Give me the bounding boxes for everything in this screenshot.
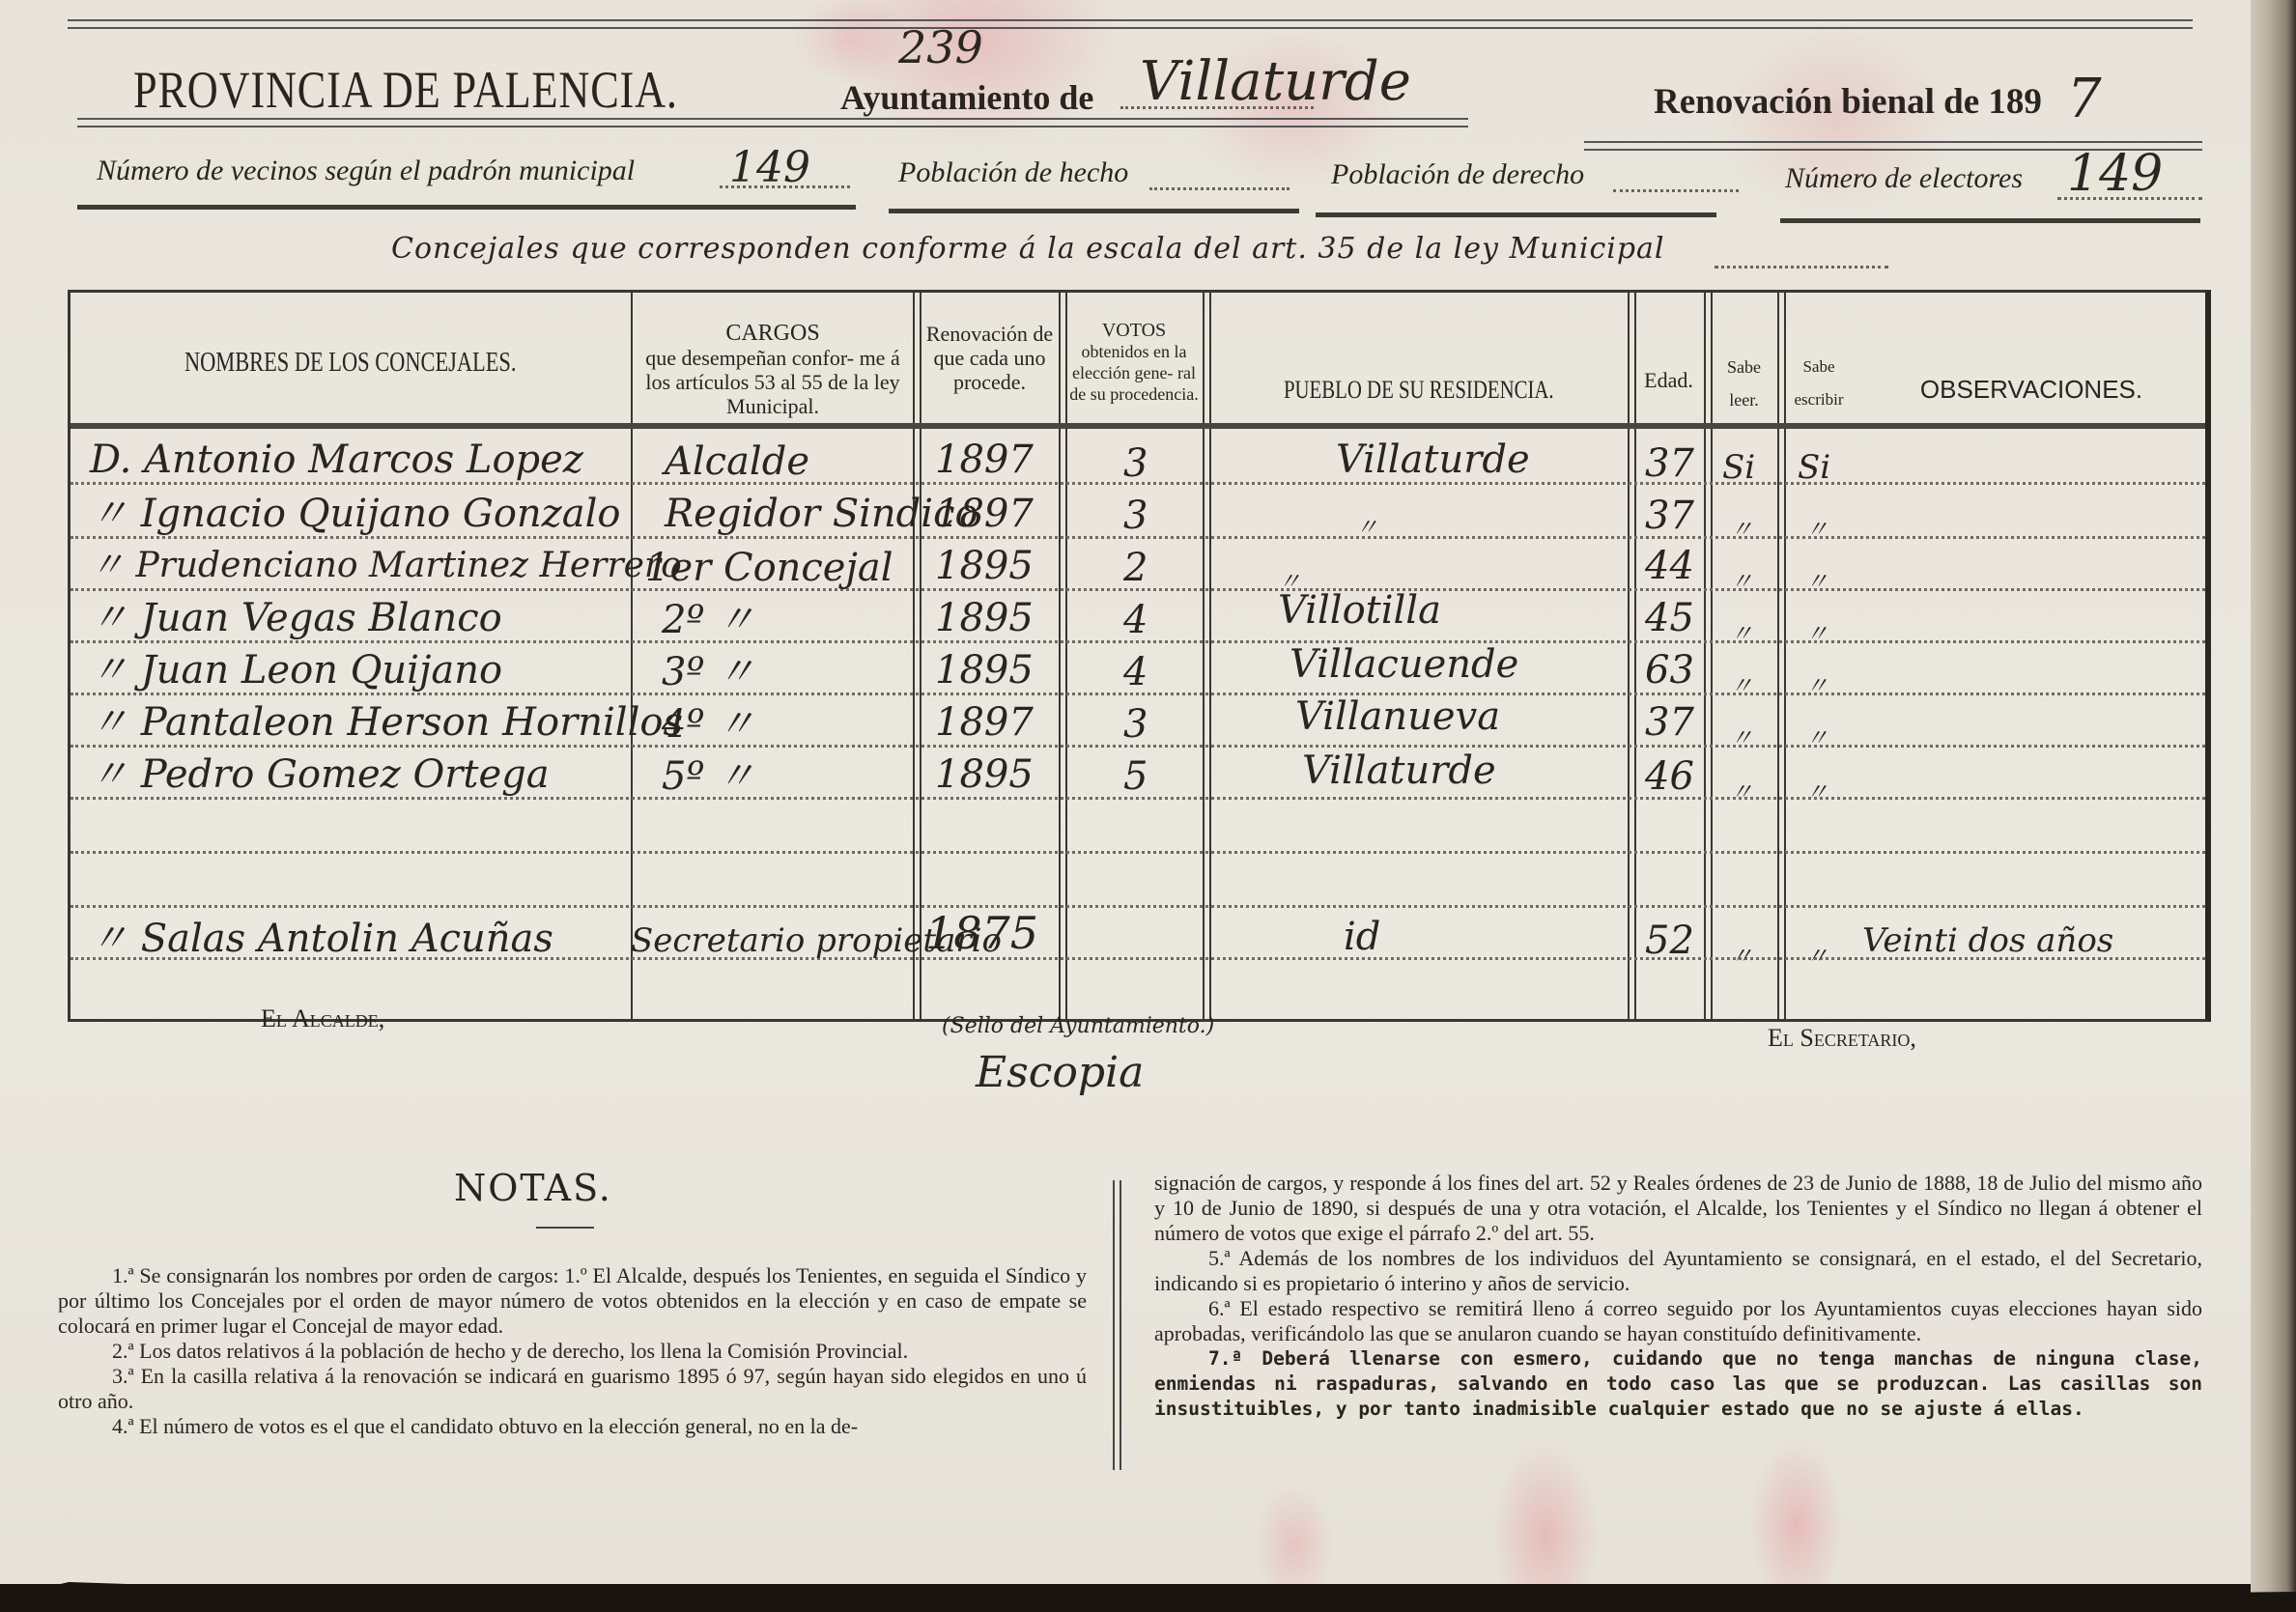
cell-nombre: 〃 Salas Antolin Acuñas bbox=[90, 917, 553, 961]
book-page-edges bbox=[2251, 0, 2296, 1612]
ayuntamiento-label: Ayuntamiento de bbox=[840, 77, 1093, 118]
cell-sabe-leer: 〃 bbox=[1730, 664, 1753, 708]
cell-sabe-leer: 〃 bbox=[1730, 507, 1753, 551]
cell-renovacion: 1895 bbox=[935, 596, 1034, 640]
cell-votos: 3 bbox=[1123, 494, 1148, 538]
cell-renovacion: 1897 bbox=[935, 492, 1034, 536]
header-nombres: NOMBRES DE LOS CONCEJALES. bbox=[184, 351, 517, 375]
cell-pueblo: Villaturde bbox=[1336, 438, 1530, 482]
cell-edad: 46 bbox=[1645, 754, 1694, 799]
note-4-continued: signación de cargos, y responde á los fi… bbox=[1154, 1171, 2202, 1246]
cell-sabe-escribir: 〃 bbox=[1805, 770, 1828, 814]
cell-edad: 37 bbox=[1645, 700, 1694, 745]
header-edad: Edad. bbox=[1633, 368, 1704, 392]
electores-label: Número de electores bbox=[1785, 162, 2023, 195]
cell-sabe-leer: 〃 bbox=[1730, 934, 1753, 978]
cell-pueblo: Villanueva bbox=[1295, 694, 1500, 739]
note-7: 7.ª Deberá llenarse con esmero, cuidando… bbox=[1154, 1346, 2202, 1422]
ayuntamiento-dots bbox=[1120, 106, 1314, 109]
poblacion-hecho-label: Población de hecho bbox=[898, 156, 1128, 189]
renovacion-value: 7 bbox=[2067, 68, 2102, 130]
row-rule bbox=[71, 905, 2205, 908]
cell-edad: 37 bbox=[1645, 441, 1694, 486]
ayuntamiento-value: Villaturde bbox=[1140, 50, 1411, 113]
cell-cargo: 5º 〃 bbox=[662, 754, 755, 799]
cell-edad: 45 bbox=[1645, 596, 1694, 640]
cell-nombre: 〃 Prudenciano Martinez Herrero bbox=[90, 544, 682, 588]
cell-cargo: 4º 〃 bbox=[662, 702, 755, 747]
poblacion-hecho-field[interactable] bbox=[1149, 187, 1290, 190]
concejales-table: NOMBRES DE LOS CONCEJALES. CARGOS que de… bbox=[68, 290, 2211, 1022]
header-rule bbox=[71, 423, 2205, 429]
note-6: 6.ª El estado respectivo se remitirá lle… bbox=[1154, 1296, 2202, 1346]
cell-edad: 44 bbox=[1645, 544, 1694, 588]
notes-column-divider bbox=[1113, 1180, 1121, 1470]
poblacion-derecho-field[interactable] bbox=[1613, 189, 1739, 192]
poblacion-derecho-label: Población de derecho bbox=[1331, 158, 1584, 191]
cell-edad: 37 bbox=[1645, 494, 1694, 538]
cell-pueblo: 〃 bbox=[1355, 505, 1378, 550]
vecinos-dots bbox=[720, 185, 850, 188]
cell-observaciones: Veinti dos años bbox=[1862, 919, 2113, 963]
renovacion-label: Renovación bienal de 189 bbox=[1654, 81, 2042, 123]
cell-votos: 3 bbox=[1123, 441, 1148, 486]
province-heading: PROVINCIA DE PALENCIA. bbox=[133, 60, 678, 120]
header-renovacion: Renovación de que cada uno procede. bbox=[921, 322, 1059, 394]
cell-cargo: Alcalde bbox=[665, 439, 809, 484]
cell-sabe-leer: 〃 bbox=[1730, 559, 1753, 604]
cell-votos: 5 bbox=[1123, 754, 1148, 799]
cell-votos: 4 bbox=[1123, 598, 1148, 642]
cell-pueblo: Villotilla bbox=[1278, 588, 1441, 633]
note-5: 5.ª Además de los nombres de los individ… bbox=[1154, 1246, 2202, 1296]
cell-sabe-escribir: 〃 bbox=[1805, 507, 1828, 551]
cell-votos: 4 bbox=[1123, 650, 1148, 694]
cell-renovacion: 1895 bbox=[935, 544, 1034, 588]
cell-cargo: 2º 〃 bbox=[662, 598, 755, 642]
header-cargos-sub: que desempeñan confor- me á los artículo… bbox=[633, 346, 913, 418]
cell-edad: 63 bbox=[1645, 648, 1694, 693]
cell-sabe-leer: Si bbox=[1722, 445, 1755, 490]
cell-sabe-escribir: Si bbox=[1798, 445, 1830, 490]
cell-renovacion: 1895 bbox=[935, 648, 1034, 693]
notes-title: NOTAS. bbox=[454, 1167, 612, 1209]
sello-label: (Sello del Ayuntamiento.) bbox=[942, 1014, 1214, 1038]
cell-sabe-escribir: 〃 bbox=[1805, 611, 1828, 656]
cell-nombre: 〃 Juan Leon Quijano bbox=[90, 648, 502, 693]
cell-nombre: D. Antonio Marcos Lopez bbox=[90, 438, 583, 482]
heading-rule-left bbox=[77, 118, 1468, 127]
cell-pueblo: id bbox=[1344, 915, 1380, 959]
cell-sabe-escribir: 〃 bbox=[1805, 664, 1828, 708]
cell-pueblo: Villaturde bbox=[1302, 749, 1496, 793]
cell-pueblo: Villacuende bbox=[1290, 642, 1518, 687]
row-rule bbox=[71, 851, 2205, 854]
page-number: 239 bbox=[898, 21, 983, 73]
note-4: 4.ª El número de votos es el que el cand… bbox=[58, 1414, 1087, 1439]
col-divider bbox=[913, 293, 921, 1019]
top-border-rule bbox=[68, 19, 2193, 29]
notes-right-column: signación de cargos, y responde á los fi… bbox=[1154, 1171, 2202, 1422]
notes-divider bbox=[536, 1227, 594, 1229]
cell-renovacion: 1897 bbox=[935, 700, 1034, 745]
note-2: 2.ª Los datos relativos á la población d… bbox=[58, 1339, 1087, 1364]
cell-renovacion: 1895 bbox=[935, 752, 1034, 797]
document-page: 239 PROVINCIA DE PALENCIA. Ayuntamiento … bbox=[0, 0, 2270, 1584]
secretario-signature-label: El Secretario, bbox=[1768, 1024, 1916, 1053]
summary-rule-3 bbox=[1316, 212, 1716, 217]
summary-rule-2 bbox=[889, 209, 1299, 213]
summary-rule-4 bbox=[1780, 218, 2200, 223]
cell-sabe-leer: 〃 bbox=[1730, 716, 1753, 760]
notes-left-column: 1.ª Se consignarán los nombres por orden… bbox=[58, 1263, 1087, 1439]
summary-rule-1 bbox=[77, 205, 856, 210]
concejales-caption: Concejales que corresponden conforme á l… bbox=[391, 232, 1665, 266]
header-observaciones: OBSERVACIONES. bbox=[1857, 378, 2205, 402]
cell-sabe-escribir: 〃 bbox=[1805, 716, 1828, 760]
cell-sabe-escribir: 〃 bbox=[1805, 934, 1828, 978]
cell-sabe-leer: 〃 bbox=[1730, 770, 1753, 814]
caption-dots bbox=[1715, 266, 1888, 269]
escopia-annotation: Escopia bbox=[976, 1048, 1144, 1097]
cell-cargo: Regidor Sindico bbox=[665, 492, 978, 536]
cell-nombre: 〃 Pedro Gomez Ortega bbox=[90, 752, 550, 797]
header-sabe-escribir: Sabe escribir bbox=[1784, 351, 1854, 416]
col-divider bbox=[1628, 293, 1636, 1019]
electores-value: 149 bbox=[2067, 145, 2163, 203]
vecinos-label: Número de vecinos según el padrón munici… bbox=[97, 155, 635, 187]
cell-nombre: 〃 Pantaleon Herson Hornillos bbox=[90, 700, 683, 745]
note-1: 1.ª Se consignarán los nombres por orden… bbox=[58, 1263, 1087, 1339]
cell-votos: 2 bbox=[1123, 546, 1148, 590]
cell-cargo: 1er Concejal bbox=[645, 546, 893, 590]
electores-dots bbox=[2057, 197, 2202, 200]
cell-sabe-leer: 〃 bbox=[1730, 611, 1753, 656]
cell-nombre: 〃 Juan Vegas Blanco bbox=[90, 596, 502, 640]
cell-edad: 52 bbox=[1645, 919, 1694, 963]
note-3: 3.ª En la casilla relativa á la renovaci… bbox=[58, 1364, 1087, 1414]
header-votos-sub: obtenidos en la elección gene- ral de su… bbox=[1065, 341, 1203, 405]
header-pueblo: PUEBLO DE SU RESIDENCIA. bbox=[1284, 378, 1554, 402]
cell-cargo: 3º 〃 bbox=[662, 650, 755, 694]
cell-nombre: 〃 Ignacio Quijano Gonzalo bbox=[90, 492, 620, 536]
cell-sabe-escribir: 〃 bbox=[1805, 559, 1828, 604]
cell-renovacion: 1875 bbox=[925, 911, 1038, 955]
alcalde-signature-label: El Alcalde, bbox=[261, 1004, 384, 1033]
header-cargos-title: CARGOS bbox=[633, 322, 913, 346]
cell-votos: 3 bbox=[1123, 702, 1148, 747]
header-sabe-leer: Sabe leer. bbox=[1711, 351, 1777, 416]
cell-renovacion: 1897 bbox=[935, 438, 1034, 482]
header-votos-title: VOTOS bbox=[1065, 320, 1203, 341]
